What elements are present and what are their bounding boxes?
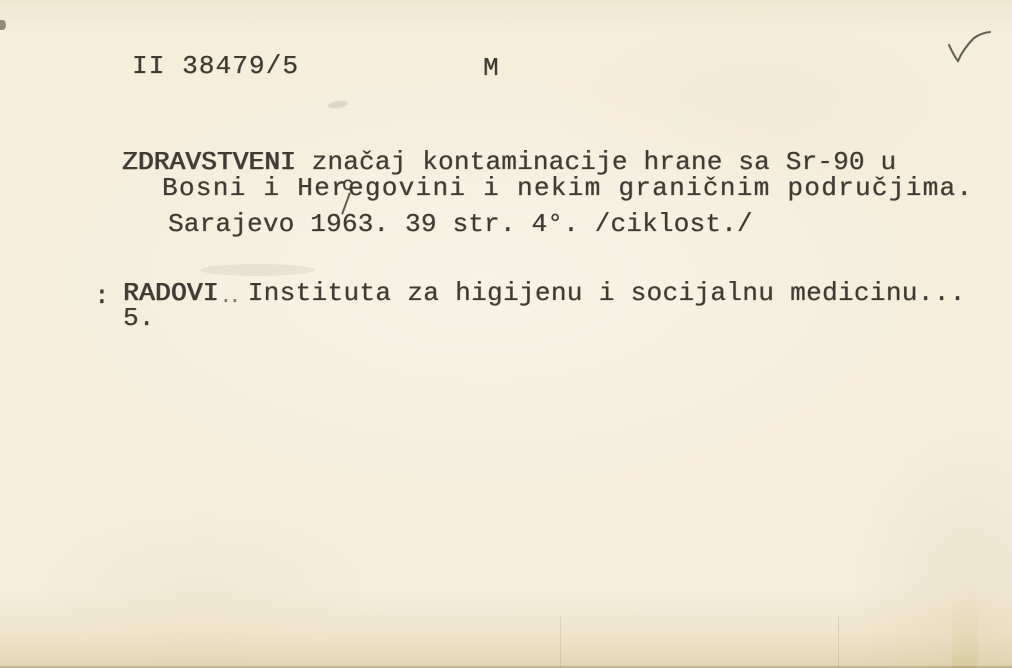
- paper-crease: [838, 616, 839, 668]
- stray-dots: ..: [220, 288, 238, 308]
- paper-stain: [952, 598, 978, 668]
- series-number: 5.: [123, 305, 155, 331]
- series-line: RADOVI..Instituta za higijenu i socijaln…: [123, 280, 966, 306]
- letter-mark: M: [483, 55, 499, 81]
- checkmark-icon: [946, 30, 994, 68]
- imprint-line: Sarajevo 1963. 39 str. 4°. /ciklost./: [168, 211, 753, 237]
- paper-smudge: [328, 100, 349, 110]
- series-separator: :: [94, 283, 110, 309]
- paper-crease: [560, 616, 561, 668]
- inserted-letter: c: [342, 176, 353, 195]
- call-number: II 38479/5: [132, 53, 299, 79]
- title-line-2-after: egovini i nekim graničnim područjima.: [348, 173, 973, 203]
- title-line-2: Bosni i Hercegovini i nekim graničnim po…: [162, 175, 973, 201]
- series-line-rest: Instituta za higijenu i socijalnu medici…: [248, 278, 966, 308]
- catalog-card: II 38479/5 M ZDRAVSTVENI značaj kontamin…: [0, 0, 1012, 668]
- title-line-1: ZDRAVSTVENI značaj kontaminacije hrane s…: [122, 149, 896, 175]
- paper-smudge: [200, 264, 315, 276]
- paper-speck: [0, 20, 6, 30]
- title-line-2-before: Bosni i Her: [162, 173, 348, 203]
